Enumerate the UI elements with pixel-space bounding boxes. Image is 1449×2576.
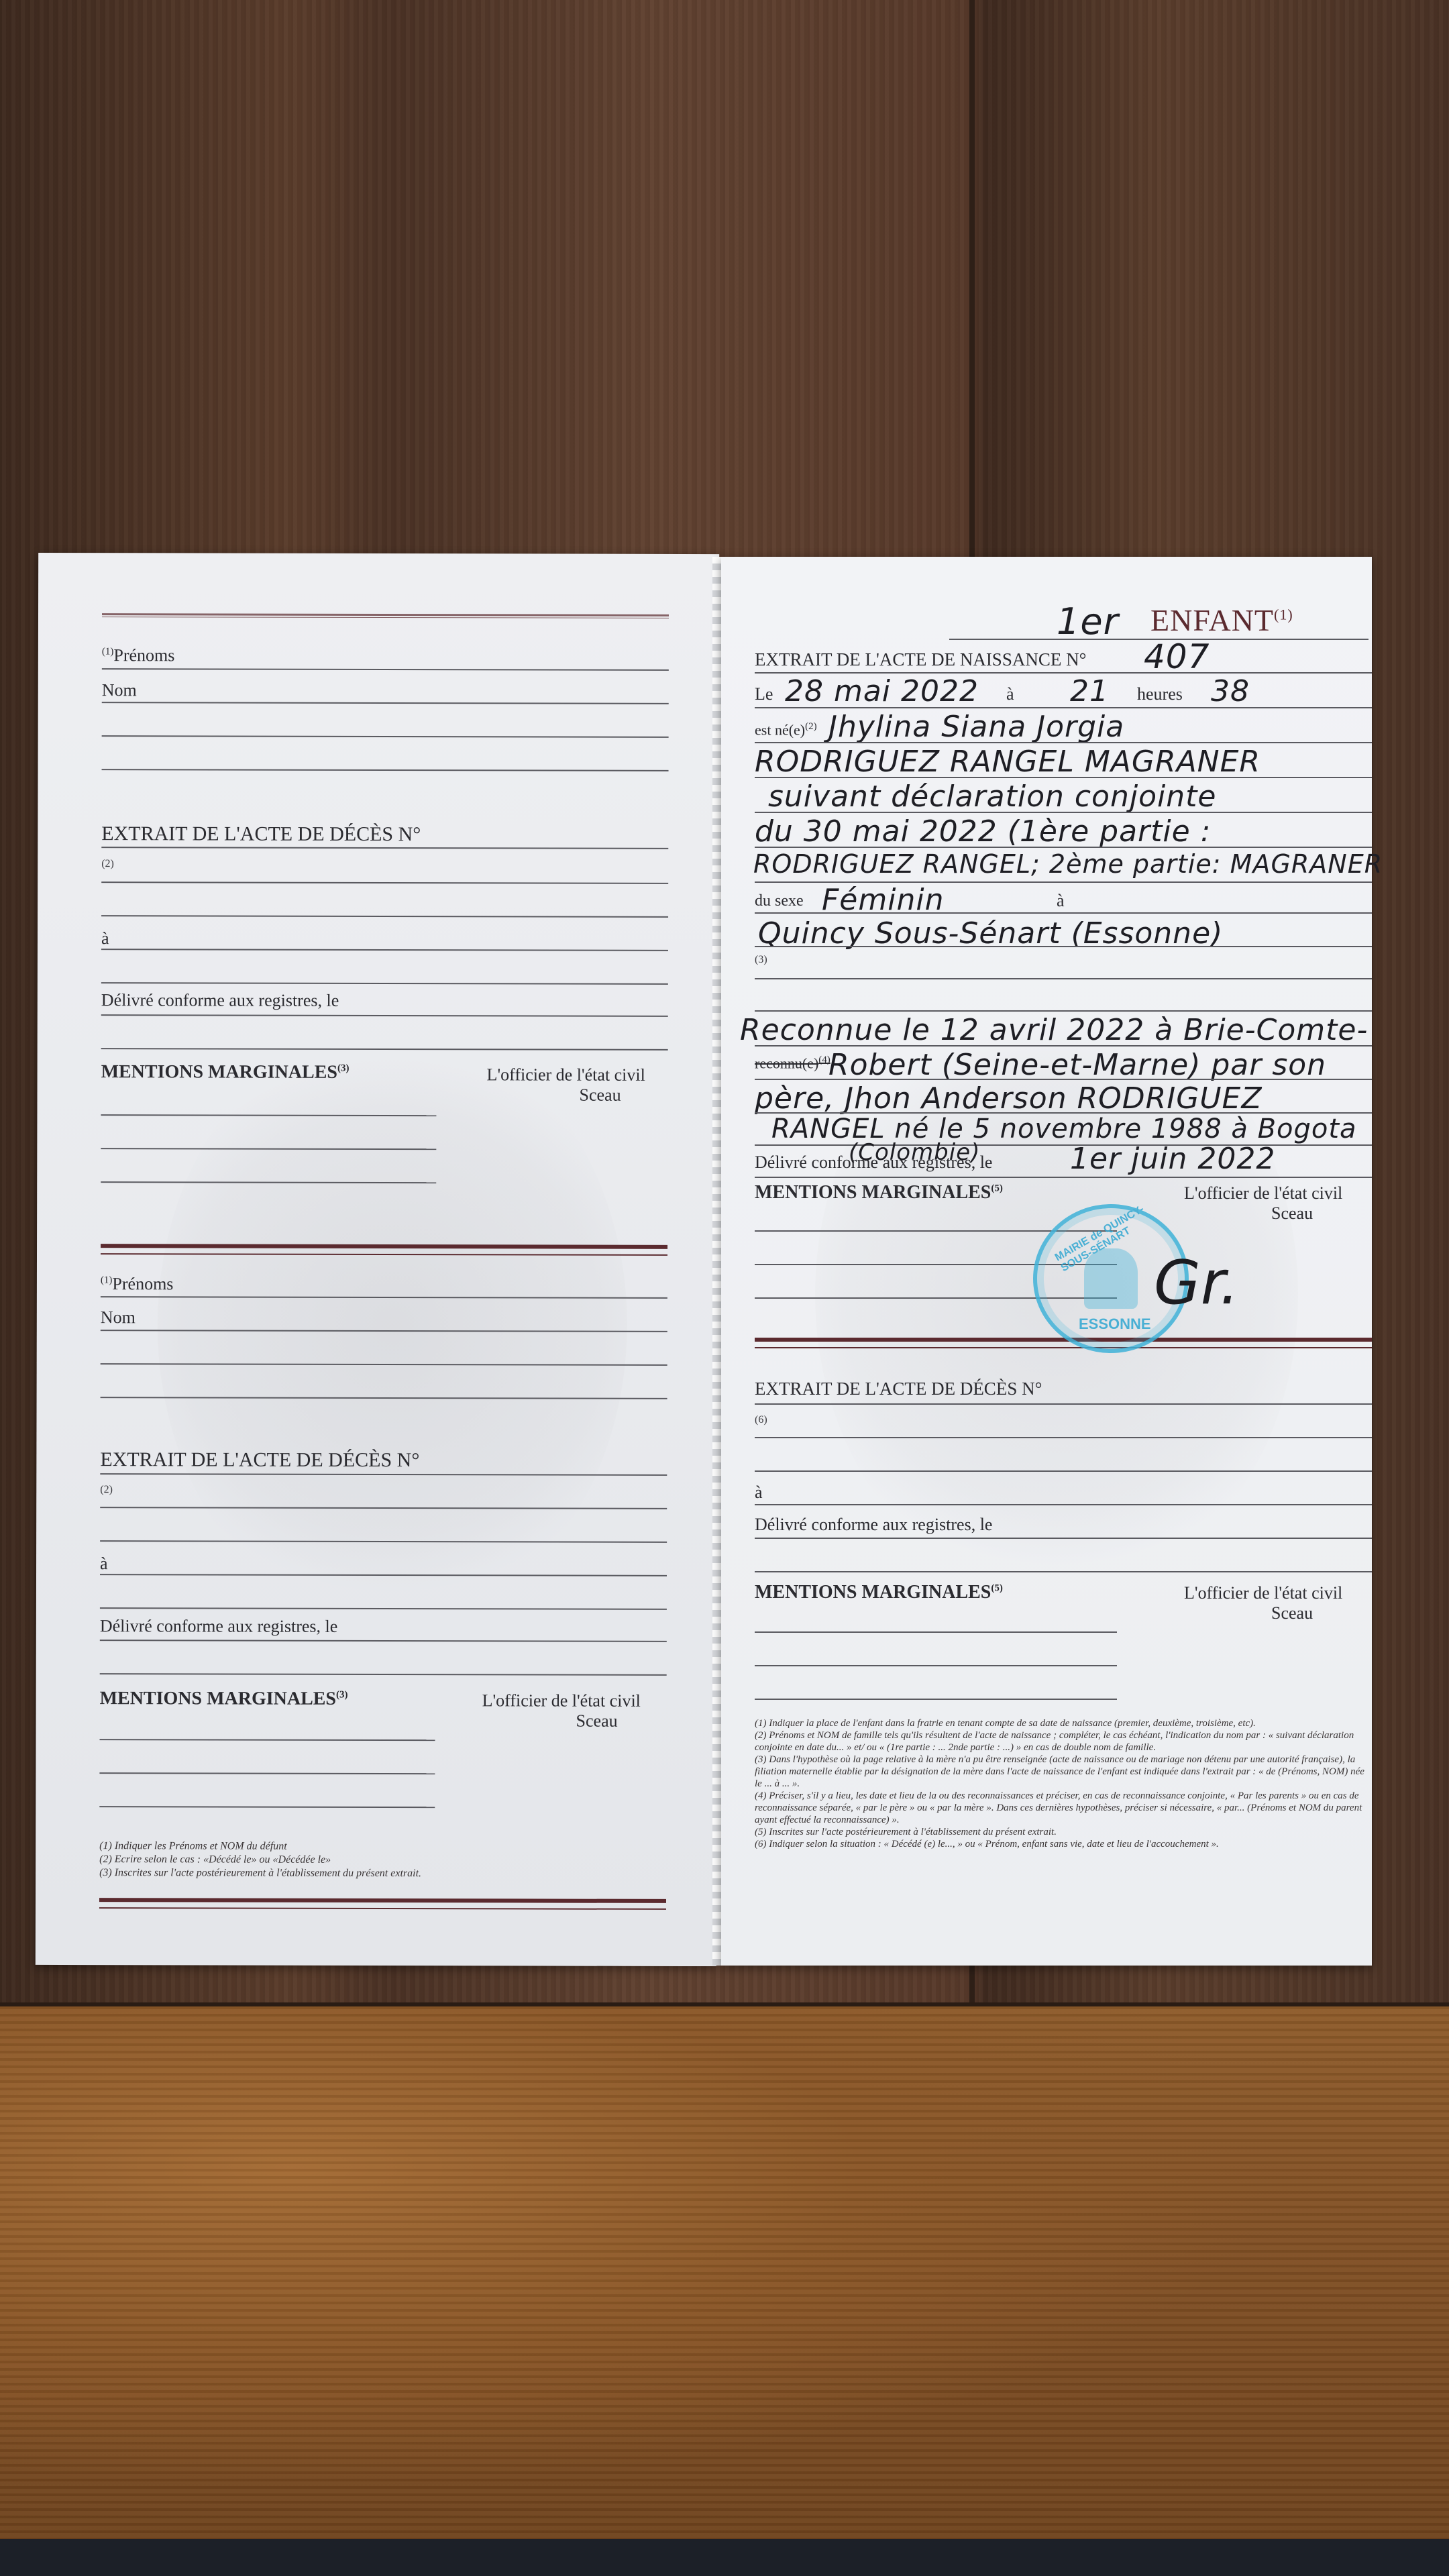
blank-line [755,1010,1372,1012]
child-name-line: suivant déclaration conjointe [768,780,1216,814]
blank-line [755,978,1372,979]
left-page: (1)Prénoms Nom EXTRAIT DE L'ACTE DE DÉCÈ… [36,553,719,1966]
reconnu-label: reconnu(e)(4) [755,1055,830,1072]
footnotes-left: (1) Indiquer les Prénoms et NOM du défun… [99,1839,663,1881]
acte-deces-line [755,1403,1372,1405]
acte-deces-line [101,847,668,849]
footnotes-right: (1) Indiquer la place de l'enfant dans l… [755,1717,1372,1850]
officier-label: L'officier de l'état civil [1184,1583,1342,1603]
nom-label: Nom [102,680,137,700]
marianne-emblem-icon [1084,1248,1138,1309]
reconnaissance-line: Reconnue le 12 avril 2022 à Brie-Comte- [740,1013,1368,1047]
date-naissance: 28 mai 2022 [785,674,979,708]
footnote: (4) Préciser, s'il y a lieu, les date et… [755,1790,1372,1826]
minutes: 38 [1211,674,1250,708]
delivre-line [755,1177,1372,1178]
le-label: Le [755,684,773,704]
name-line [755,777,1372,778]
delivre-label: Délivré conforme aux registres, le [101,990,339,1011]
delivre-label: Délivré conforme aux registres, le [755,1515,992,1535]
blank-line [100,1673,667,1676]
acte-numero: 407 [1144,637,1210,676]
floor [0,2539,1449,2576]
officier-label: L'officier de l'état civil [1184,1183,1342,1203]
mentions-line [99,1806,435,1808]
date-delivrance: 1er juin 2022 [1070,1142,1275,1176]
blank-line [102,735,669,738]
deces-note: (6) [755,1414,767,1426]
reconnaissance-rule [755,1079,1372,1080]
a-label: à [1006,684,1014,704]
child-name-line: RODRIGUEZ RANGEL; 2ème partie: MAGRANER [753,849,1383,879]
delivre-line [100,1640,667,1642]
footnote: (3) Dans l'hypothèse où la page relative… [755,1754,1372,1790]
footnote: (2) Prénoms et NOM de famille tels qu'il… [755,1729,1372,1754]
a-label: à [100,1554,108,1574]
deces-note: (2) [100,1484,113,1496]
acte-deces-label: EXTRAIT DE L'ACTE DE DÉCÈS N° [755,1379,1042,1399]
footnote: (1) Indiquer la place de l'enfant dans l… [755,1717,1372,1729]
sceau-label: Sceau [1271,1603,1313,1623]
acte-deces-label: EXTRAIT DE L'ACTE DE DÉCÈS N° [100,1448,419,1472]
lieu-line [755,1504,1372,1505]
a2-label: à [1057,891,1065,911]
officier-label: L'officier de l'état civil [482,1690,641,1711]
reconnaissance-rule [755,1045,1372,1046]
acte-line [755,672,1372,674]
name-line [755,847,1372,848]
blank-line [101,881,668,884]
section-divider [101,1244,667,1256]
blank-line [755,1437,1372,1438]
a-label: à [101,928,109,949]
prenoms-line [102,668,669,671]
mentions-line [99,1772,435,1774]
sceau-label: Sceau [576,1711,618,1731]
footnote: (6) Indiquer selon la situation : « Décé… [755,1838,1372,1850]
deces-note: (2) [101,858,114,870]
officer-signature: Gr. [1154,1248,1239,1318]
officier-label: L'officier de l'état civil [487,1065,645,1085]
wooden-table-edge [0,2002,1449,2543]
sexe-line [755,912,1372,914]
blank-line [755,1571,1372,1572]
mentions-marginales-label: MENTIONS MARGINALES(5) [755,1182,1003,1203]
mentions-line [755,1699,1117,1700]
child-name-line: du 30 mai 2022 (1ère partie : [755,814,1212,849]
blank-line [101,915,668,918]
a-label: à [755,1483,763,1503]
child-name-line: RODRIGUEZ RANGEL MAGRANER [755,745,1260,779]
mentions-marginales-label: MENTIONS MARGINALES(3) [101,1061,350,1083]
delivre-label: Délivré conforme aux registres, le [100,1616,338,1637]
delivre-line [755,1538,1372,1539]
child-name-line: Jhylina Siana Jorgia [828,710,1124,744]
mentions-line [99,1739,435,1741]
du-sexe-label: du sexe [755,892,804,910]
stamp-text-bottom: ESSONNE [1079,1316,1151,1333]
est-ne-label: est né(e)(2) [755,721,817,739]
section-divider [755,1338,1372,1348]
heures-label: heures [1137,684,1183,704]
mentions-line [755,1631,1117,1633]
acte-deces-label: EXTRAIT DE L'ACTE DE DÉCÈS N° [101,822,421,846]
nom-label: Nom [101,1307,136,1328]
enfant-title: ENFANT(1) [1150,602,1293,638]
date-line [755,707,1372,708]
section-divider [99,1898,666,1910]
lieu-line [755,946,1372,947]
heure: 21 [1070,674,1109,708]
blank-line [102,769,669,771]
section-divider [102,613,669,619]
prenoms-label: (1)Prénoms [102,645,175,665]
footnote: (1) Indiquer les Prénoms et NOM du défun… [99,1839,663,1854]
name-line [755,742,1372,743]
nom-line [102,702,669,704]
reconnaissance-line: Robert (Seine-et-Marne) par son [828,1048,1326,1082]
reconnaissance-line: père, Jhon Anderson RODRIGUEZ [755,1081,1262,1116]
sceau-label: Sceau [1271,1203,1313,1224]
mentions-marginales-label: MENTIONS MARGINALES(5) [755,1582,1003,1603]
name-line [755,812,1372,813]
sceau-label: Sceau [579,1085,621,1106]
prenoms-label: (1)Prénoms [101,1274,174,1294]
reconnaissance-rule [755,1144,1372,1146]
acte-naissance-label: EXTRAIT DE L'ACTE DE NAISSANCE N° [755,649,1086,670]
note-3: (3) [755,954,767,966]
footnote: (3) Inscrites sur l'acte postérieurement… [99,1866,663,1881]
blank-line [101,982,668,985]
mentions-marginales-label: MENTIONS MARGINALES(3) [100,1688,348,1710]
rank-handwritten: 1er [1057,600,1119,643]
mentions-line [755,1665,1117,1666]
footnote: (2) Ecrire selon le cas : «Décédé le» ou… [99,1853,663,1868]
blank-line [755,1470,1372,1472]
delivre-label: Délivré conforme aux registres, le [755,1152,992,1173]
watermark-emblem [157,1022,628,1627]
delivre-line [101,1014,668,1017]
footnote: (5) Inscrites sur l'acte postérieurement… [755,1826,1372,1838]
lieu-line [101,949,668,951]
